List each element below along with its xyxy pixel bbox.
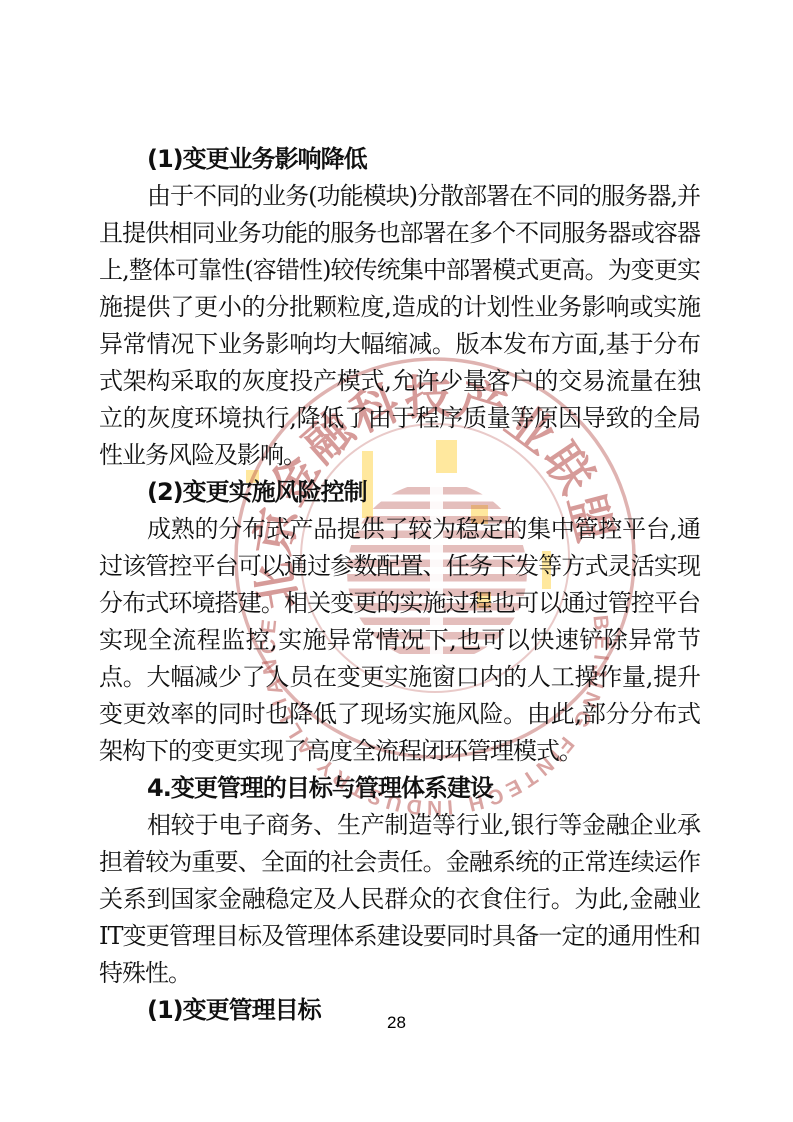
paragraph-risk-control: 成熟的分布式产品提供了较为稳定的集中管控平台,通过该管控平台可以通过参数配置、任… [99,511,700,770]
heading-change-risk-control: (2)变更实施风险控制 [99,474,700,511]
page-number: 28 [0,1013,793,1033]
document-page: 北京金融科技产业联盟 BEIJING FINTECH INDUSTRY ALLI… [0,0,793,1122]
heading-change-management-system: 4.变更管理的目标与管理体系建设 [99,770,700,807]
heading-change-business-impact: (1)变更业务影响降低 [99,141,700,178]
paragraph-management-system: 相较于电子商务、生产制造等行业,银行等金融企业承担着较为重要、全面的社会责任。金… [99,807,700,992]
document-content: (1)变更业务影响降低 由于不同的业务(功能模块)分散部署在不同的服务器,并且提… [99,141,700,1029]
paragraph-business-impact: 由于不同的业务(功能模块)分散部署在不同的服务器,并且提供相同业务功能的服务也部… [99,178,700,474]
